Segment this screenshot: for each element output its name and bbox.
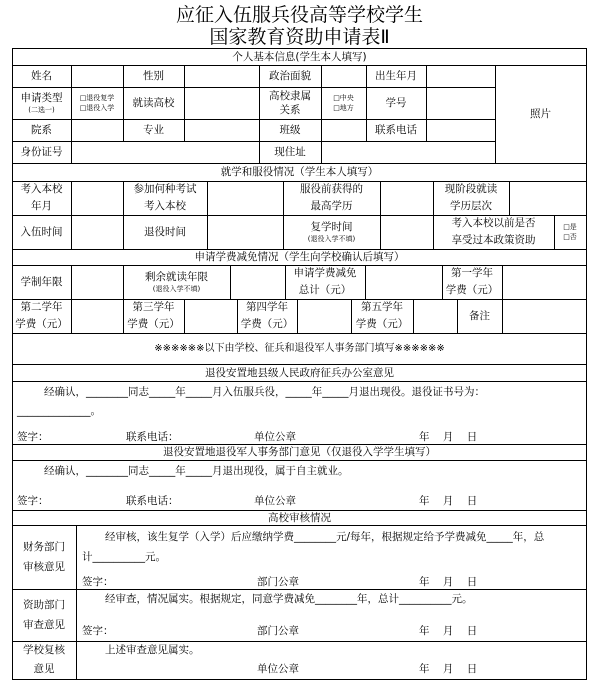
affiliation-options: □中央 □地方 [321, 87, 366, 119]
form-title-line2: 国家教育资助申请表Ⅱ [0, 26, 599, 48]
input-year3[interactable] [184, 299, 237, 333]
input-year4[interactable] [297, 299, 351, 333]
label-school: 就读高校 [123, 87, 184, 119]
section-personal-title: 个人基本信息(学生本人填写) [12, 48, 587, 65]
remaining-text: 剩余就读年限 [145, 270, 208, 284]
edu-before-line2: 最高学历 [311, 198, 353, 215]
year4-line1: 第四学年 [246, 299, 288, 316]
exam-line1: 参加何种考试 [134, 181, 197, 198]
aid-label: 资助部门 审查意见 [12, 589, 76, 641]
input-school[interactable] [184, 87, 259, 119]
checkbox-new-enroll[interactable]: □退役入学 [80, 103, 115, 113]
current-level-line1: 现阶段就读 [445, 181, 498, 198]
school-review-title: 高校审核情况 [12, 510, 587, 525]
recruit-office-phone: 联系电话： [126, 430, 179, 444]
prior-aid-line1: 考入本校以前是否 [452, 215, 536, 232]
checkbox-yes[interactable]: □是 [563, 222, 577, 232]
recheck-label-line2: 意见 [34, 660, 55, 679]
recheck-seal: 单位公章 [257, 662, 299, 676]
aid-sign: 签字： [82, 624, 114, 638]
recruit-office-title: 退役安置地县级人民政府征兵办公室意见 [12, 364, 587, 381]
label-discharge-time: 退役时间 [123, 215, 207, 249]
label-birth: 出生年月 [366, 65, 426, 87]
apply-type-note: (二选一) [28, 105, 54, 115]
veterans-office-date: 年 月 日 [419, 494, 477, 508]
input-exam[interactable] [207, 181, 283, 215]
recheck-date: 年 月 日 [419, 662, 477, 676]
veterans-office-seal: 单位公章 [254, 494, 296, 508]
label-id-no: 身份证号 [12, 141, 71, 163]
input-year2[interactable] [71, 299, 123, 333]
label-year2: 第二学年 学费（元） [12, 299, 71, 333]
label-total: 申请学费减免 总计（元） [285, 265, 365, 299]
checkbox-local[interactable]: □地方 [333, 103, 354, 113]
input-remarks[interactable] [502, 299, 586, 333]
recheck-label-line1: 学校复核 [23, 641, 65, 660]
input-discharge-time[interactable] [207, 215, 283, 249]
veterans-office-phone: 联系电话： [126, 494, 179, 508]
enroll-date-line2: 年月 [31, 198, 52, 215]
remaining-note: (退役入学不填) [153, 284, 200, 294]
input-total[interactable] [365, 265, 442, 299]
label-prior-aid: 考入本校以前是否 享受过本政策资助 [433, 215, 554, 249]
prior-aid-line2: 享受过本政策资助 [452, 232, 536, 249]
label-current-level: 现阶段就读 学历层次 [433, 181, 509, 215]
finance-text-line2[interactable]: 计__________元。 [82, 550, 166, 564]
office-divider: ※※※※※※以下由学校、征兵和退役军人事务部门填写※※※※※※ [12, 333, 587, 364]
prior-aid-options: □是 □否 [554, 215, 586, 249]
input-political[interactable] [321, 65, 366, 87]
resume-time-text: 复学时间 [311, 220, 353, 234]
input-phone[interactable] [426, 119, 495, 141]
finance-label-line1: 财务部门 [23, 537, 65, 557]
edu-before-line1: 服役前获得的 [300, 181, 363, 198]
label-name: 姓名 [12, 65, 71, 87]
label-phone: 联系电话 [366, 119, 426, 141]
total-line2: 总计（元） [299, 282, 352, 299]
label-edu-before: 服役前获得的 最高学历 [283, 181, 380, 215]
label-year5: 第五学年 学费（元） [351, 299, 413, 333]
section-tuition-title: 申请学费减免情况（学生向学校确认后填写） [12, 249, 587, 265]
input-current-level[interactable] [509, 181, 586, 215]
apply-type-text: 申请类型 [21, 91, 63, 105]
recruit-office-text-line1[interactable]: 经确认，________同志_____年_____月入伍服兵役，_____年__… [44, 385, 485, 399]
input-gender[interactable] [184, 65, 259, 87]
label-political: 政治面貌 [259, 65, 321, 87]
label-class: 班级 [259, 119, 321, 141]
label-exam: 参加何种考试 考入本校 [123, 181, 207, 215]
aid-label-line2: 审查意见 [23, 615, 65, 635]
input-edu-before[interactable] [380, 181, 433, 215]
finance-label: 财务部门 审核意见 [12, 525, 76, 589]
input-address[interactable] [321, 141, 495, 163]
label-apply-type: 申请类型 (二选一) [12, 87, 71, 119]
label-department: 院系 [12, 119, 71, 141]
recruit-office-text-line2[interactable]: ______________。 [17, 404, 101, 418]
label-remarks: 备注 [457, 299, 502, 333]
section-service-title: 就学和服役情况（学生本人填写） [12, 163, 587, 181]
current-level-line2: 学历层次 [450, 198, 492, 215]
input-major[interactable] [184, 119, 259, 141]
label-affiliation: 高校隶属关系 [264, 87, 316, 119]
input-remaining[interactable] [230, 265, 285, 299]
veterans-office-title: 退役安置地退役军人事务部门意见（仅退役入学学生填写） [12, 444, 587, 460]
checkbox-no[interactable]: □否 [563, 232, 577, 242]
label-year4: 第四学年 学费（元） [237, 299, 297, 333]
label-address: 现住址 [259, 141, 321, 163]
finance-sign: 签字： [82, 575, 114, 589]
total-line1: 申请学费减免 [294, 265, 357, 282]
veterans-office-text-line1[interactable]: 经确认，________同志_____年_____月退出现役，属于自主就业。 [44, 464, 349, 478]
label-remaining: 剩余就读年限 (退役入学不填) [123, 265, 230, 299]
input-id-no[interactable] [71, 141, 259, 163]
label-resume-time: 复学时间 (退役入学不填) [283, 215, 380, 249]
aid-label-line1: 资助部门 [23, 595, 65, 615]
year3-line1: 第三学年 [133, 299, 175, 316]
photo-box: 照片 [495, 65, 586, 163]
resume-time-note: (退役入学不填) [308, 234, 355, 244]
label-enroll-date: 考入本校 年月 [12, 181, 71, 215]
year2-line2: 学费（元） [15, 316, 68, 333]
input-enlist-time[interactable] [71, 215, 123, 249]
year3-line2: 学费（元） [127, 316, 180, 333]
year5-line1: 第五学年 [361, 299, 403, 316]
aid-seal: 部门公章 [257, 624, 299, 638]
recruit-office-seal: 单位公章 [254, 430, 296, 444]
finance-text-line1[interactable]: 经审核，该生复学（入学）后应缴纳学费________元/每年，根据规定给予学费减… [105, 530, 544, 544]
recruit-office-sign: 签字： [17, 430, 49, 444]
aid-text-line1[interactable]: 经审查，情况属实。根据规定，同意学费减免________年，总计________… [105, 592, 473, 606]
input-year5[interactable] [413, 299, 457, 333]
input-department[interactable] [71, 119, 123, 141]
input-student-no[interactable] [426, 87, 495, 119]
label-gender: 性别 [123, 65, 184, 87]
checkbox-resume-study[interactable]: □退役复学 [80, 93, 115, 103]
input-resume-time[interactable] [380, 215, 433, 249]
label-year1: 第一学年 学费（元） [442, 265, 502, 299]
recruit-office-date: 年 月 日 [419, 430, 477, 444]
input-duration[interactable] [71, 265, 123, 299]
exam-line2: 考入本校 [144, 198, 186, 215]
input-year1[interactable] [502, 265, 586, 299]
finance-label-line2: 审核意见 [23, 557, 65, 577]
checkbox-central[interactable]: □中央 [333, 93, 354, 103]
label-enlist-time: 入伍时间 [12, 215, 71, 249]
veterans-office-sign: 签字： [17, 494, 49, 508]
recheck-label: 学校复核 意见 [12, 641, 76, 679]
year4-line2: 学费（元） [241, 316, 294, 333]
recheck-text-line1[interactable]: 上述审查意见属实。 [105, 643, 200, 657]
enroll-date-line1: 考入本校 [21, 181, 63, 198]
year2-line1: 第二学年 [21, 299, 63, 316]
year1-line2: 学费（元） [446, 282, 499, 299]
year1-line1: 第一学年 [451, 265, 493, 282]
aid-date: 年 月 日 [419, 624, 477, 638]
label-major: 专业 [123, 119, 184, 141]
input-enroll-date[interactable] [71, 181, 123, 215]
label-student-no: 学号 [366, 87, 426, 119]
label-duration: 学制年限 [12, 265, 71, 299]
year5-line2: 学费（元） [356, 316, 409, 333]
label-year3: 第三学年 学费（元） [123, 299, 184, 333]
apply-type-options: □退役复学 □退役入学 [71, 87, 123, 119]
finance-seal: 部门公章 [257, 575, 299, 589]
input-birth[interactable] [426, 65, 495, 87]
input-name[interactable] [71, 65, 123, 87]
finance-date: 年 月 日 [419, 575, 477, 589]
input-class[interactable] [321, 119, 366, 141]
form-title-line1: 应征入伍服兵役高等学校学生 [0, 4, 599, 26]
